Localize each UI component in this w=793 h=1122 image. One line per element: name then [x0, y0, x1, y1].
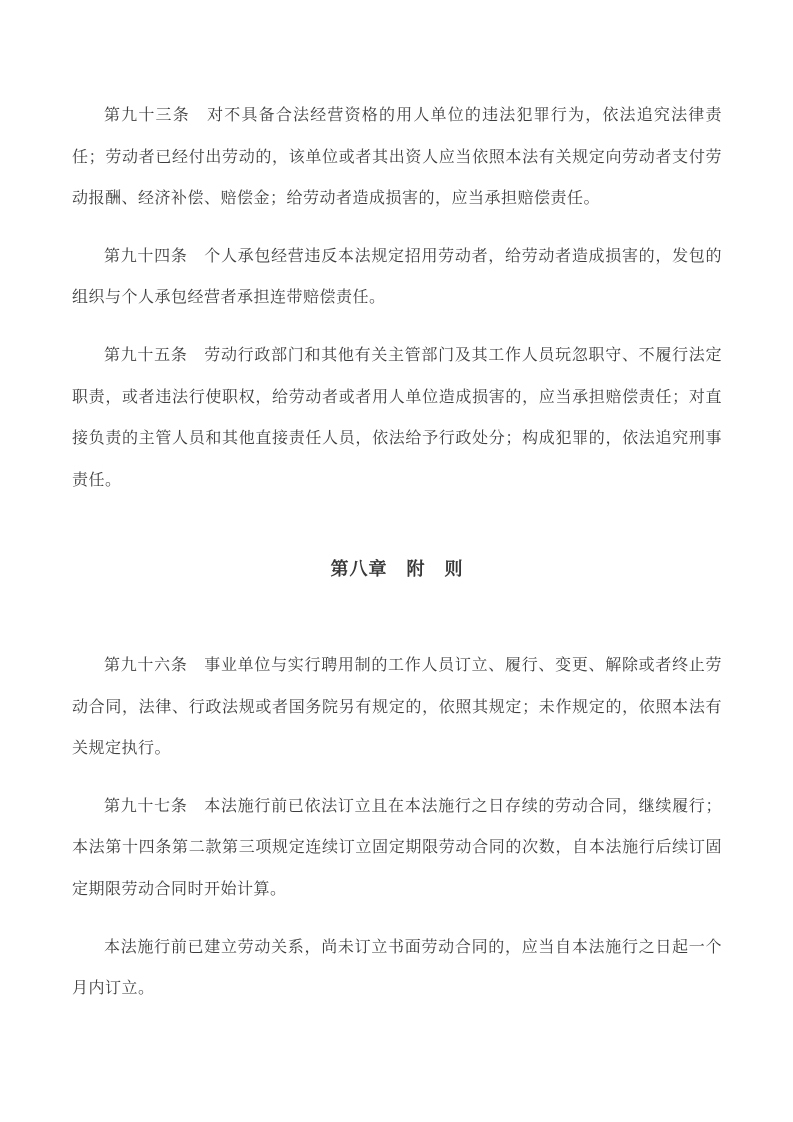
chapter-8-heading: 第八章 附 则 [72, 559, 722, 581]
article-94-paragraph: 第九十四条 个人承包经营违反本法规定招用劳动者，给劳动者造成损害的，发包的组织与… [72, 236, 722, 319]
document-page: 第九十三条 对不具备合法经营资格的用人单位的违法犯罪行为，依法追究法律责任；劳动… [0, 0, 793, 1122]
document-content: 第九十三条 对不具备合法经营资格的用人单位的违法犯罪行为，依法追究法律责任；劳动… [0, 0, 793, 1066]
article-96-paragraph: 第九十六条 事业单位与实行聘用制的工作人员订立、履行、变更、解除或者终止劳动合同… [72, 645, 722, 770]
article-97-continuation-paragraph: 本法施行前已建立劳动关系，尚未订立书面劳动合同的，应当自本法施行之日起一个月内订… [72, 927, 722, 1010]
article-95-paragraph: 第九十五条 劳动行政部门和其他有关主管部门及其工作人员玩忽职守、不履行法定职责，… [72, 335, 722, 501]
article-93-paragraph: 第九十三条 对不具备合法经营资格的用人单位的违法犯罪行为，依法追究法律责任；劳动… [72, 95, 722, 220]
article-97-paragraph: 第九十七条 本法施行前已依法订立且在本法施行之日存续的劳动合同，继续履行；本法第… [72, 786, 722, 911]
